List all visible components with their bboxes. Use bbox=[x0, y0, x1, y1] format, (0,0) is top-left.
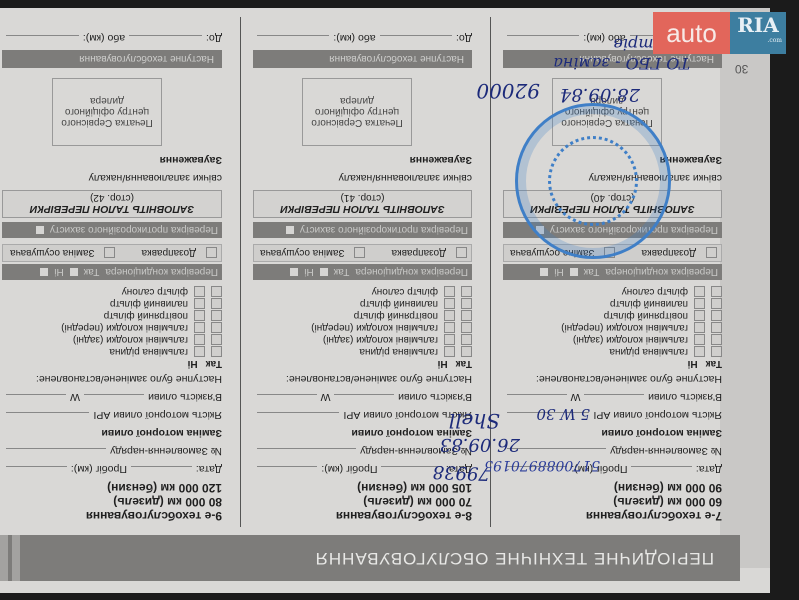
item-label: повітряний фільтр bbox=[104, 311, 188, 322]
corrosion-check-bar: Перевірка протикорозійного захисту bbox=[2, 222, 222, 238]
item-label: повітряний фільтр bbox=[604, 311, 688, 322]
item-label: гальмівні колодки (передні) bbox=[311, 323, 438, 334]
replaced-item: фільтр салону bbox=[253, 286, 472, 298]
to-label: До: bbox=[206, 32, 222, 44]
oil-viscosity-field-2[interactable] bbox=[507, 394, 567, 395]
order-label: № Замовлення-наряду bbox=[610, 445, 722, 457]
dealer-stamp-box: Печатка Сервісного центру офіційного дил… bbox=[302, 78, 412, 146]
service-book-page: ПЕРІОДИЧНЕ ТЕХНІЧНЕ ОБСЛУГОВУВАННЯ 7-е т… bbox=[0, 8, 770, 593]
oil-viscosity-label: В'язкість оливи bbox=[648, 391, 722, 403]
next-service-row: До: або (км): bbox=[2, 32, 222, 48]
km-petrol: 90 000 км (бензин) bbox=[503, 481, 722, 495]
spark-plugs-row: свічки запалювання/накалу bbox=[253, 172, 472, 188]
no-checkbox[interactable] bbox=[194, 299, 205, 310]
date-field[interactable] bbox=[631, 466, 691, 467]
oil-api-field[interactable] bbox=[6, 412, 89, 413]
no-checkbox[interactable] bbox=[694, 287, 705, 298]
replaced-item: паливний фільтр bbox=[2, 298, 222, 310]
corrosion-checkbox[interactable] bbox=[36, 226, 44, 234]
yes-checkbox[interactable] bbox=[461, 347, 472, 358]
no-checkbox[interactable] bbox=[444, 335, 455, 346]
no-checkbox[interactable] bbox=[444, 287, 455, 298]
item-label: фільтр салону bbox=[622, 287, 688, 298]
replaced-heading: Наступне було замінене/встановлене: bbox=[503, 373, 722, 389]
km-diesel: 70 000 км (дизель) bbox=[253, 495, 472, 509]
replaced-heading: Наступне було замінене/встановлене: bbox=[253, 373, 472, 389]
next-service-bar: Наступне техобслуговування bbox=[2, 50, 222, 68]
replaced-item: повітряний фільтр bbox=[503, 310, 722, 322]
remarks-row: Зауваження bbox=[2, 154, 222, 170]
no-checkbox[interactable] bbox=[194, 347, 205, 358]
oil-viscosity-row: В'язкість оливи W bbox=[2, 391, 222, 407]
yes-checkbox[interactable] bbox=[711, 299, 722, 310]
item-label: гальмівна рідина bbox=[359, 347, 438, 358]
oil-viscosity-field[interactable] bbox=[584, 394, 644, 395]
km-diesel: 80 000 км (дизель) bbox=[2, 495, 222, 509]
no-checkbox[interactable] bbox=[444, 299, 455, 310]
order-field[interactable] bbox=[6, 448, 106, 449]
or-km-label: або (км): bbox=[333, 32, 375, 44]
refuel-checkbox[interactable] bbox=[456, 248, 467, 259]
handwritten-order: 5170088970195 bbox=[484, 457, 600, 473]
replaced-item: фільтр салону bbox=[2, 286, 222, 298]
oil-api-field[interactable] bbox=[257, 412, 339, 413]
refuel-checkbox[interactable] bbox=[206, 248, 217, 259]
dryer-checkbox[interactable] bbox=[355, 248, 366, 259]
replaced-item: гальмівні колодки (передні) bbox=[2, 322, 222, 334]
no-checkbox[interactable] bbox=[694, 311, 705, 322]
service-title: 9-е техобслуговування bbox=[2, 509, 222, 523]
yes-checkbox[interactable] bbox=[211, 311, 222, 322]
replaced-item: гальмівна рідина bbox=[2, 346, 222, 358]
dryer-checkbox[interactable] bbox=[105, 248, 116, 259]
or-km-field[interactable] bbox=[257, 35, 329, 36]
yes-checkbox[interactable] bbox=[461, 287, 472, 298]
oil-viscosity-field-2[interactable] bbox=[6, 394, 66, 395]
handwritten-oil-viscosity: 5 W 30 bbox=[536, 405, 590, 423]
replaced-item: паливний фільтр bbox=[253, 298, 472, 310]
oil-viscosity-field[interactable] bbox=[84, 394, 144, 395]
oil-viscosity-row: В'язкість оливи W bbox=[253, 391, 472, 407]
date-mileage-row: Дата: Пробіг (км): bbox=[2, 463, 222, 479]
service-column: 9-е техобслуговування 80 000 км (дизель)… bbox=[0, 17, 240, 527]
ac-check-bar: Перевірка кондиціонера Так Ні bbox=[253, 264, 472, 280]
no-checkbox[interactable] bbox=[694, 335, 705, 346]
oil-change-heading: Заміна моторної оливи bbox=[2, 427, 222, 443]
watermark-auto: auto bbox=[653, 12, 730, 54]
refuel-checkbox[interactable] bbox=[706, 248, 717, 259]
replaced-item: гальмівна рідина bbox=[503, 346, 722, 358]
item-label: паливний фільтр bbox=[110, 299, 188, 310]
ac-check-bar: Перевірка кондиціонера Так Ні bbox=[2, 264, 222, 280]
no-checkbox[interactable] bbox=[194, 311, 205, 322]
to-label: До: bbox=[456, 32, 472, 44]
or-km-label: або (км): bbox=[83, 32, 125, 44]
item-label: гальмівні колодки (задні) bbox=[323, 335, 438, 346]
next-service-bar: Наступне техобслуговування bbox=[253, 50, 472, 68]
oil-viscosity-field-2[interactable] bbox=[257, 394, 317, 395]
handwritten-oil-brand: Shell bbox=[449, 409, 500, 433]
ac-no-checkbox[interactable] bbox=[40, 268, 48, 276]
ac-no-checkbox[interactable] bbox=[290, 268, 298, 276]
oil-api-row: Якість моторної оливи API bbox=[2, 409, 222, 425]
replaced-item: гальмівні колодки (передні) bbox=[503, 322, 722, 334]
oil-api-label: Якість моторної оливи API bbox=[93, 409, 222, 421]
replaced-item: повітряний фільтр bbox=[253, 310, 472, 322]
replaced-item: гальмівні колодки (задні) bbox=[503, 334, 722, 346]
km-petrol: 120 000 км (бензин) bbox=[2, 481, 222, 495]
next-service-row: До: або (км): bbox=[253, 32, 472, 48]
no-checkbox[interactable] bbox=[444, 311, 455, 322]
no-checkbox[interactable] bbox=[444, 323, 455, 334]
item-label: гальмівні колодки (передні) bbox=[561, 323, 688, 334]
service-title: 8-е техобслуговування bbox=[253, 509, 472, 523]
yes-checkbox[interactable] bbox=[461, 323, 472, 334]
no-checkbox[interactable] bbox=[194, 323, 205, 334]
km-diesel: 60 000 км (дизель) bbox=[503, 495, 722, 509]
yes-checkbox[interactable] bbox=[711, 311, 722, 322]
ac-yes-checkbox[interactable] bbox=[320, 268, 328, 276]
yes-checkbox[interactable] bbox=[461, 311, 472, 322]
refuel-dryer-bar: Дозаправка Заміна осушувача bbox=[253, 244, 472, 262]
handwritten-date: 26.09.83 bbox=[440, 434, 520, 455]
no-checkbox[interactable] bbox=[444, 347, 455, 358]
oil-change-heading: Заміна моторної оливи bbox=[503, 427, 722, 443]
replaced-item: фільтр салону bbox=[503, 286, 722, 298]
replaced-item: повітряний фільтр bbox=[2, 310, 222, 322]
item-label: гальмівна рідина bbox=[609, 347, 688, 358]
yes-checkbox[interactable] bbox=[461, 299, 472, 310]
banner-title: ПЕРІОДИЧНЕ ТЕХНІЧНЕ ОБСЛУГОВУВАННЯ bbox=[315, 548, 714, 568]
item-label: фільтр салону bbox=[372, 287, 438, 298]
mileage-label: Пробіг (км): bbox=[71, 463, 127, 475]
order-label: № Замовлення-наряду bbox=[110, 445, 222, 457]
item-label: паливний фільтр bbox=[610, 299, 688, 310]
yes-no-header: Так Ні bbox=[503, 358, 722, 369]
yes-checkbox[interactable] bbox=[711, 347, 722, 358]
yes-checkbox[interactable] bbox=[711, 335, 722, 346]
page-banner: ПЕРІОДИЧНЕ ТЕХНІЧНЕ ОБСЛУГОВУВАННЯ bbox=[0, 535, 740, 581]
date-label: Дата: bbox=[196, 463, 222, 475]
yes-checkbox[interactable] bbox=[711, 323, 722, 334]
order-field[interactable] bbox=[507, 448, 606, 449]
spark-plugs-row: свічки запалювання/накалу bbox=[2, 172, 222, 188]
oil-viscosity-field[interactable] bbox=[334, 394, 394, 395]
item-label: гальмівні колодки (задні) bbox=[573, 335, 688, 346]
to-field[interactable] bbox=[380, 35, 452, 36]
oil-api-label: Якість моторної оливи API bbox=[593, 409, 722, 421]
dealer-stamp-box: Печатка Сервісного центру офіційного дил… bbox=[52, 78, 162, 146]
no-checkbox[interactable] bbox=[194, 287, 205, 298]
mileage-field[interactable] bbox=[257, 466, 317, 467]
autoria-watermark: auto RIA.com bbox=[653, 12, 786, 54]
yes-checkbox[interactable] bbox=[711, 287, 722, 298]
replaced-item: гальмівні колодки (передні) bbox=[253, 322, 472, 334]
item-label: гальмівні колодки (передні) bbox=[61, 323, 188, 334]
replaced-heading: Наступне було замінене/встановлене: bbox=[2, 373, 222, 389]
no-checkbox[interactable] bbox=[694, 323, 705, 334]
corrosion-checkbox[interactable] bbox=[286, 226, 294, 234]
to-field[interactable] bbox=[129, 35, 202, 36]
item-label: повітряний фільтр bbox=[354, 311, 438, 322]
replaced-item: паливний фільтр bbox=[503, 298, 722, 310]
ac-no-checkbox[interactable] bbox=[540, 268, 548, 276]
item-label: фільтр салону bbox=[122, 287, 188, 298]
yes-checkbox[interactable] bbox=[461, 335, 472, 346]
item-label: гальмівна рідина bbox=[109, 347, 188, 358]
order-row: № Замовлення-наряду bbox=[2, 445, 222, 461]
yes-checkbox[interactable] bbox=[211, 299, 222, 310]
replaced-item: гальмівні колодки (задні) bbox=[2, 334, 222, 346]
yes-checkbox[interactable] bbox=[211, 323, 222, 334]
mileage-field[interactable] bbox=[6, 466, 67, 467]
corrosion-check-bar: Перевірка протикорозійного захисту bbox=[253, 222, 472, 238]
refuel-dryer-bar: Дозаправка Заміна осушувача bbox=[2, 244, 222, 262]
talon-box: ЗАПОВНІТЬ ТАЛОН ПЕРЕВІРКИ (стор. 41) bbox=[253, 190, 472, 218]
service-title: 7-е техобслуговування bbox=[503, 509, 722, 523]
handwritten-next-km: 92000 bbox=[476, 79, 540, 103]
item-label: гальмівні колодки (задні) bbox=[73, 335, 188, 346]
yes-checkbox[interactable] bbox=[211, 335, 222, 346]
replaced-item: гальмівна рідина bbox=[253, 346, 472, 358]
date-label: Дата: bbox=[696, 463, 722, 475]
yes-no-header: Так Ні bbox=[253, 358, 472, 369]
talon-box: ЗАПОВНІТЬ ТАЛОН ПЕРЕВІРКИ (стор. 42) bbox=[2, 190, 222, 218]
no-checkbox[interactable] bbox=[694, 347, 705, 358]
handwritten-mileage: 79938 bbox=[432, 461, 490, 484]
no-checkbox[interactable] bbox=[194, 335, 205, 346]
remarks-row: Зауваження bbox=[253, 154, 472, 170]
no-checkbox[interactable] bbox=[694, 299, 705, 310]
banner-stripes bbox=[0, 535, 20, 581]
yes-checkbox[interactable] bbox=[211, 287, 222, 298]
item-label: паливний фільтр bbox=[360, 299, 438, 310]
page-number: 30 bbox=[735, 62, 748, 76]
yes-checkbox[interactable] bbox=[211, 347, 222, 358]
mileage-label: Пробіг (км): bbox=[321, 463, 377, 475]
handwritten-next-date: 28.09.84 bbox=[560, 84, 640, 105]
rotated-page-content: ПЕРІОДИЧНЕ ТЕХНІЧНЕ ОБСЛУГОВУВАННЯ 7-е т… bbox=[0, 8, 770, 593]
or-km-field[interactable] bbox=[6, 35, 79, 36]
replaced-item: гальмівні колодки (задні) bbox=[253, 334, 472, 346]
km-petrol: 105 000 км (бензин) bbox=[253, 481, 472, 495]
yes-no-header: Так Ні bbox=[2, 358, 222, 369]
ac-check-bar: Перевірка кондиціонера Так Ні bbox=[503, 264, 722, 280]
oil-viscosity-label: В'язкість оливи bbox=[148, 391, 222, 403]
ac-yes-checkbox[interactable] bbox=[70, 268, 78, 276]
date-field[interactable] bbox=[131, 466, 192, 467]
order-field[interactable] bbox=[257, 448, 356, 449]
watermark-ria: RIA.com bbox=[730, 12, 786, 54]
oil-api-row: Якість моторної оливи API bbox=[253, 409, 472, 425]
dealer-stamp bbox=[515, 103, 671, 259]
ac-yes-checkbox[interactable] bbox=[570, 268, 578, 276]
oil-viscosity-label: В'язкість оливи bbox=[398, 391, 472, 403]
